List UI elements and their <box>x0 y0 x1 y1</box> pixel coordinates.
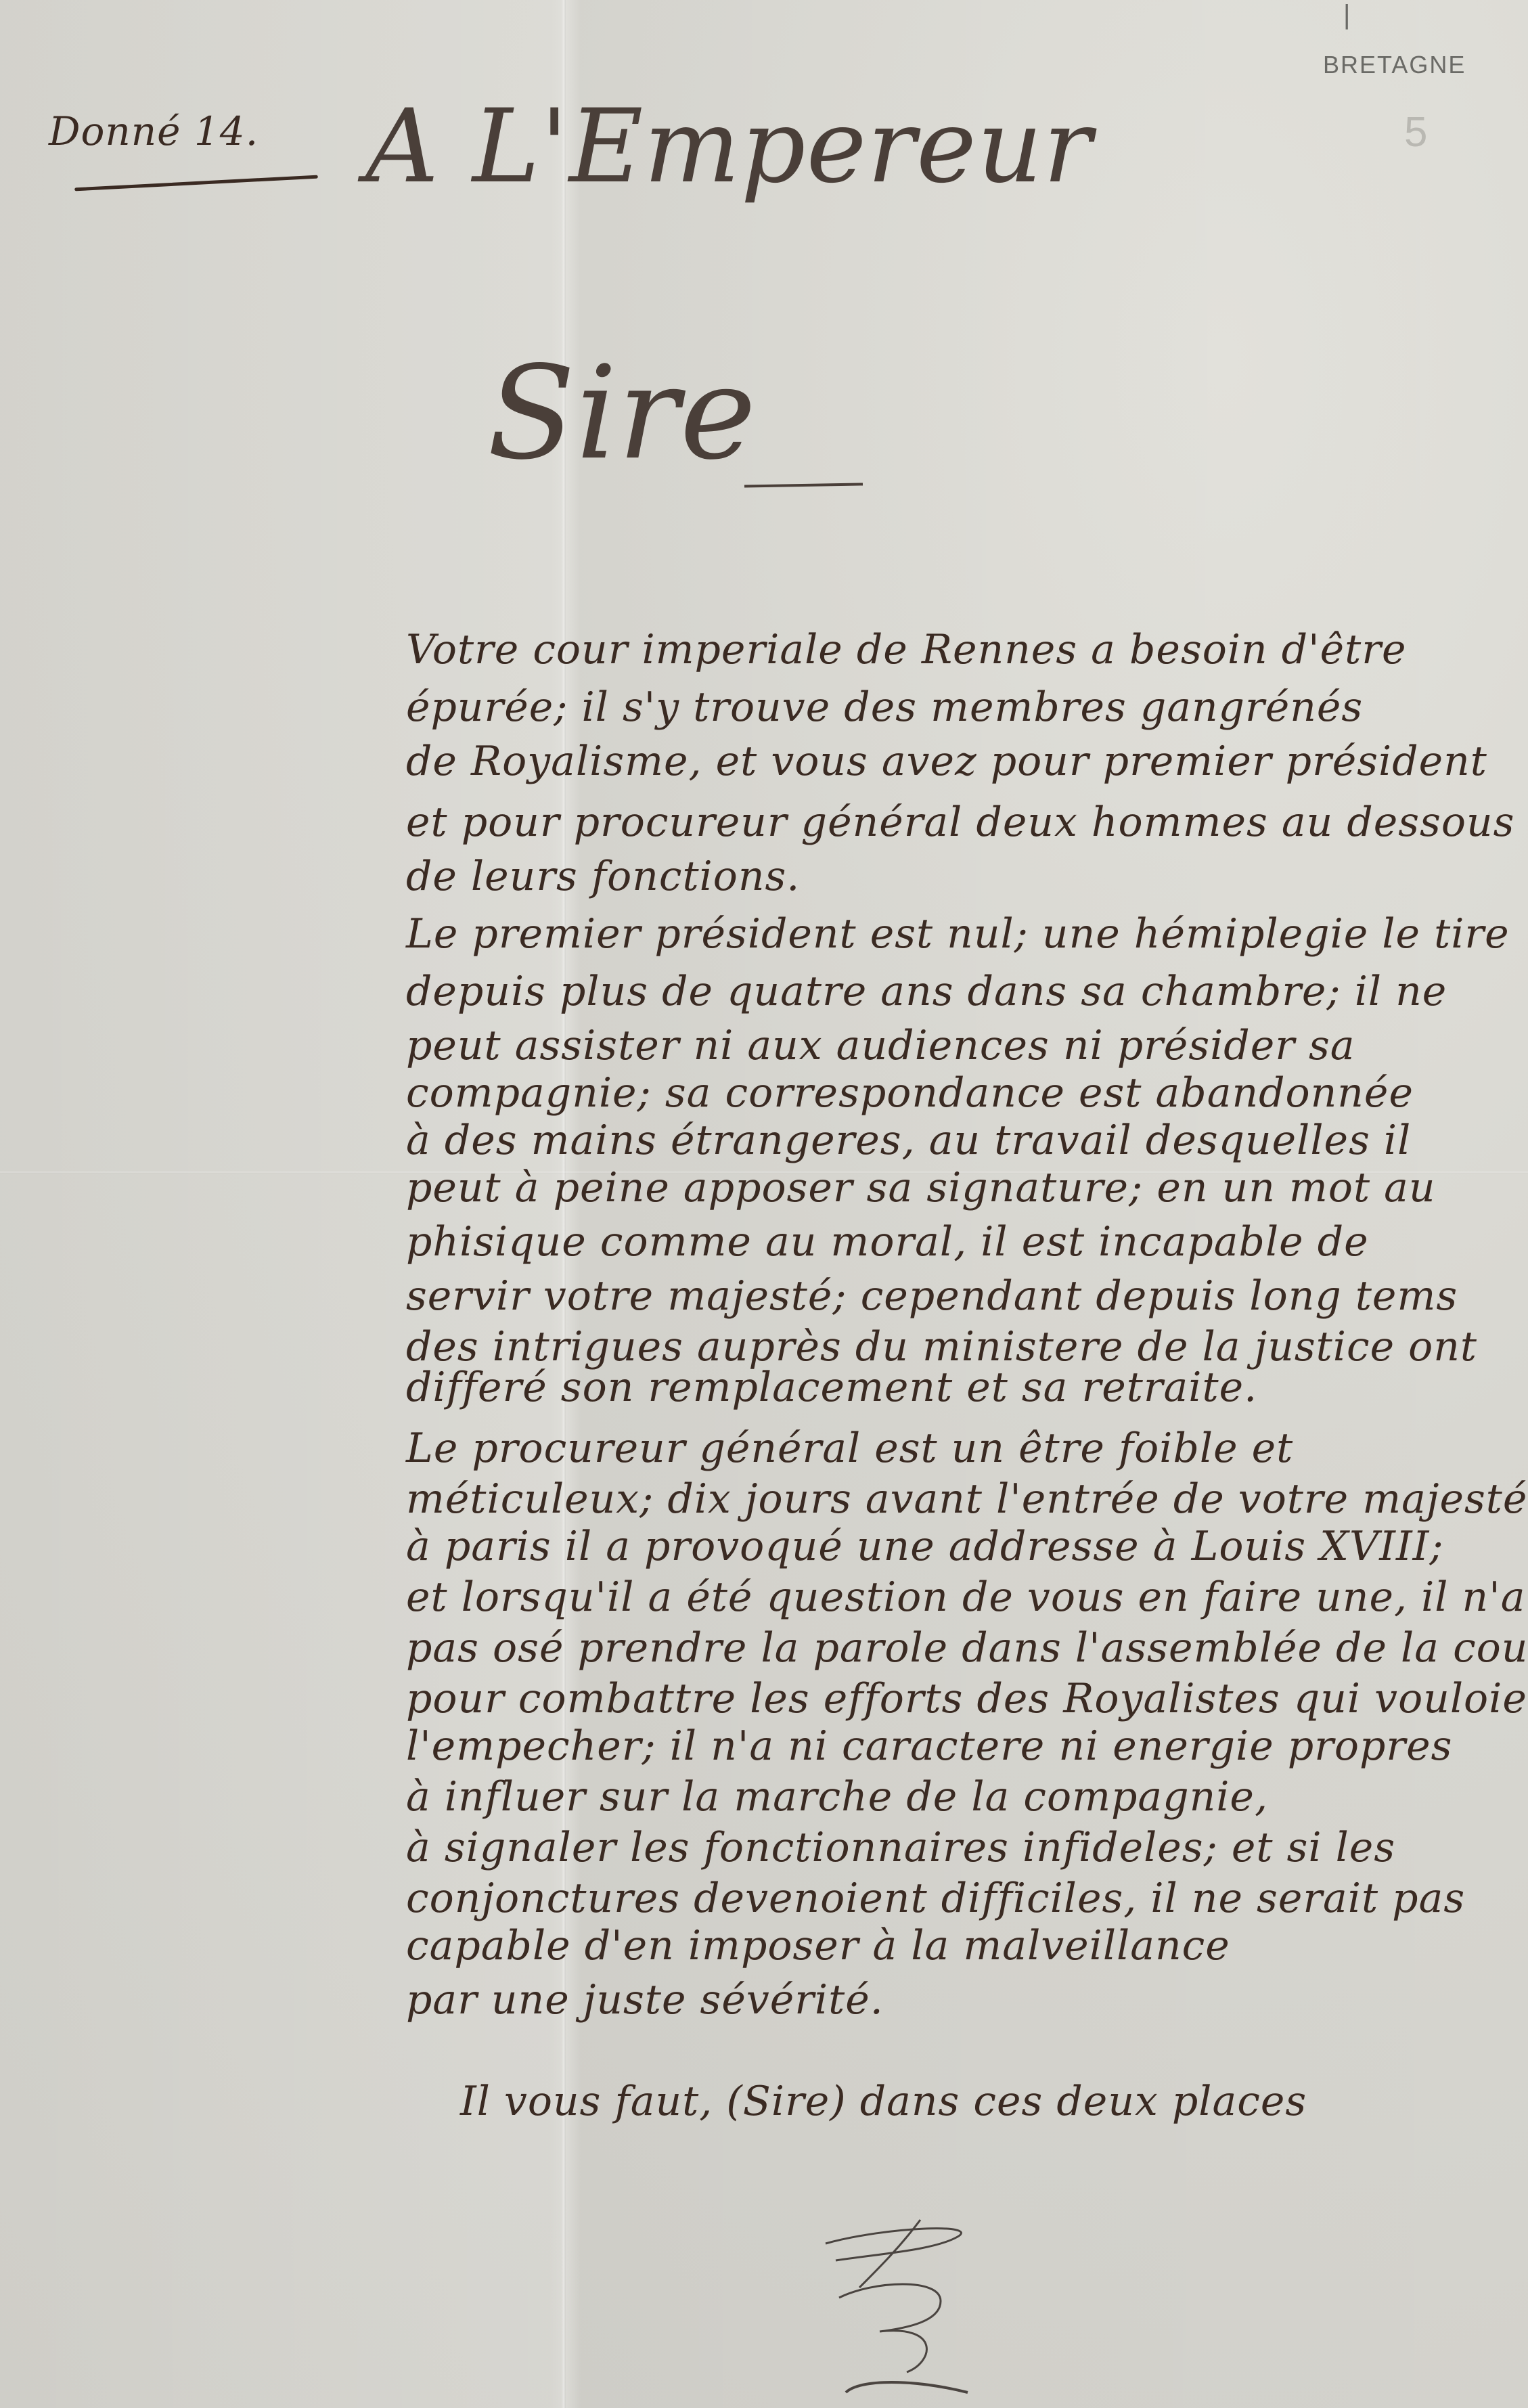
archive-number: 5 <box>1404 108 1427 156</box>
pencil-tick-mark: | <box>1343 0 1350 30</box>
salutation-flourish <box>744 483 863 487</box>
body-line: differé son remplacement et sa retraite. <box>406 1364 1257 1411</box>
body-line: l'empecher; il n'a ni caractere ni energ… <box>406 1722 1452 1770</box>
body-line: et pour procureur général deux hommes au… <box>406 799 1514 846</box>
body-line: Votre cour imperiale de Rennes a besoin … <box>406 626 1406 673</box>
body-line: pas osé prendre la parole dans l'assembl… <box>406 1624 1528 1672</box>
docket-underline <box>74 175 318 192</box>
body-line: à signaler les fonctionnaires infideles;… <box>406 1824 1395 1871</box>
body-line: de leurs fonctions. <box>406 853 800 900</box>
body-line: peut assister ni aux audiences ni présid… <box>406 1022 1355 1069</box>
body-line: pour combattre les efforts des Royaliste… <box>406 1675 1528 1722</box>
body-line: phisique comme au moral, il est incapabl… <box>406 1218 1369 1266</box>
body-line: par une juste sévérité. <box>406 1976 884 2024</box>
body-line: depuis plus de quatre ans dans sa chambr… <box>406 968 1447 1015</box>
body-line: Le premier président est nul; une hémipl… <box>406 910 1510 958</box>
docket-note: Donné 14. <box>49 108 259 154</box>
body-line: à influer sur la marche de la compagnie, <box>406 1773 1268 1821</box>
body-line: compagnie; sa correspondance est abandon… <box>406 1069 1414 1117</box>
body-line: capable d'en imposer à la malveillance <box>406 1922 1230 1969</box>
salutation: Sire <box>487 338 757 488</box>
body-line: peut à peine apposer sa signature; en un… <box>406 1164 1436 1211</box>
archive-label: BRETAGNE <box>1323 51 1466 79</box>
catchword-flourish-icon <box>805 2186 1008 2403</box>
manuscript-page: | BRETAGNE 5 Donné 14. A L'Empereur Sire… <box>0 0 1528 2408</box>
body-line: épurée; il s'y trouve des membres gangré… <box>406 684 1363 731</box>
body-line: et lorsqu'il a été question de vous en f… <box>406 1574 1525 1621</box>
body-line: à des mains étrangeres, au travail desqu… <box>406 1117 1411 1164</box>
address-line: A L'Empereur <box>365 88 1092 206</box>
body-line: Le procureur général est un être foible … <box>406 1425 1293 1472</box>
body-line: servir votre majesté; cependant depuis l… <box>406 1272 1458 1320</box>
body-line: à paris il a provoqué une addresse à Lou… <box>406 1523 1444 1570</box>
body-line: méticuleux; dix jours avant l'entrée de … <box>406 1475 1527 1523</box>
body-line: conjonctures devenoient difficiles, il n… <box>406 1875 1465 1922</box>
body-line-continuation: Il vous faut, (Sire) dans ces deux place… <box>460 2078 1307 2125</box>
body-line: de Royalisme, et vous avez pour premier … <box>406 738 1487 785</box>
